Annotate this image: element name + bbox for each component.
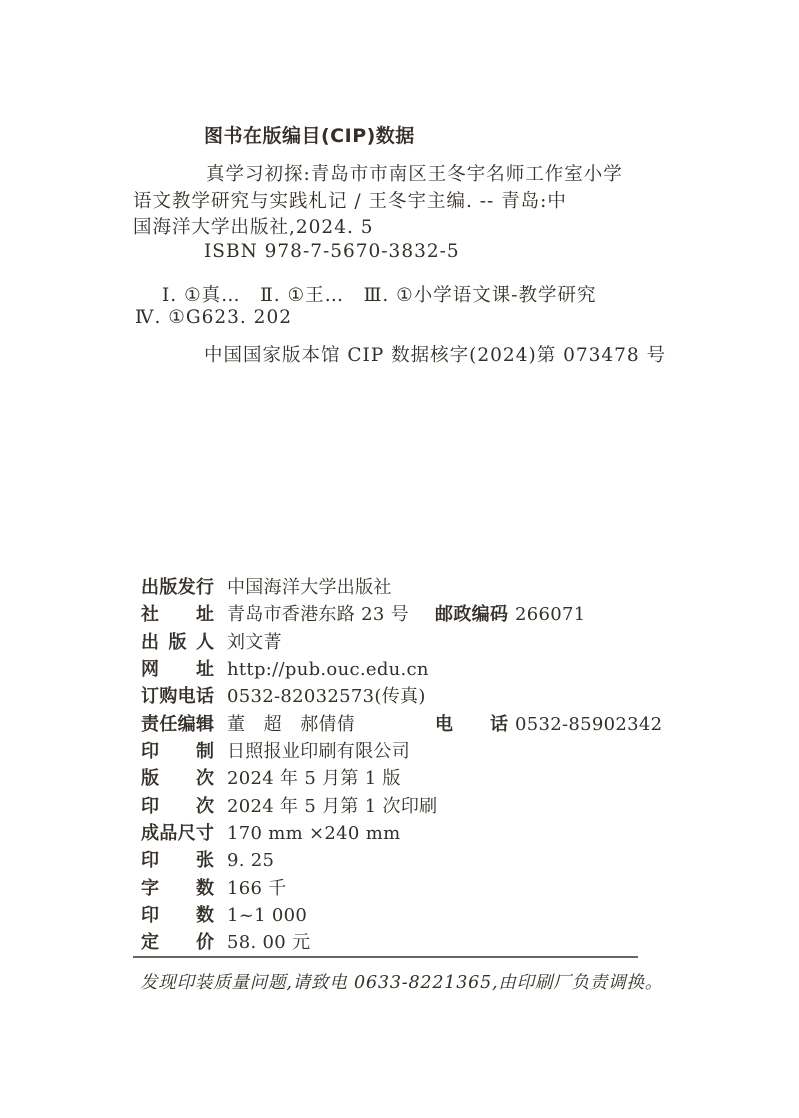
divider-rule <box>133 956 638 958</box>
colophon-row-print-run: 印数1~1 000 <box>141 902 661 929</box>
row-value: 170 mm ×240 mm <box>227 823 400 844</box>
row-label: 定价 <box>141 929 214 956</box>
cip-description-line-2: 语文教学研究与实践札记 / 王冬宇主编. -- 青岛:中 <box>133 187 567 213</box>
row-value: 中国海洋大学出版社 <box>227 577 392 598</box>
phone-value: 0532-85902342 <box>515 711 662 738</box>
row-value: 刘文菁 <box>227 632 282 653</box>
postcode-value: 266071 <box>515 601 586 628</box>
colophon-row-price: 定价58. 00 元 <box>141 929 661 956</box>
colophon-row-address: 社址青岛市香港东路 23 号 邮政编码 266071 <box>141 601 661 628</box>
row-value: 0532-82032573(传真) <box>227 686 426 707</box>
row-value: 9. 25 <box>227 850 274 871</box>
row-value: 董 超 郝倩倩 <box>227 714 355 735</box>
row-label: 印数 <box>141 902 214 929</box>
row-label: 出版发行 <box>141 574 214 601</box>
colophon-row-trim-size: 成品尺寸170 mm ×240 mm <box>141 820 661 847</box>
row-label: 成品尺寸 <box>141 820 214 847</box>
colophon-row-impression: 印次2024 年 5 月第 1 次印刷 <box>141 793 661 820</box>
colophon-row-editors: 责任编辑董 超 郝倩倩 电话 0532-85902342 <box>141 711 661 738</box>
book-copyright-page: 图书在版编目(CIP)数据 真学习初探:青岛市市南区王冬宇名师工作室小学 语文教… <box>0 0 799 1118</box>
row-value: 青岛市香港东路 23 号 <box>227 604 409 625</box>
colophon-row-word-count: 字数166 千 <box>141 875 661 902</box>
print-quality-note: 发现印装质量问题,请致电 0633-8221365,由印刷厂负责调换。 <box>140 969 660 994</box>
row-value: 58. 00 元 <box>227 932 310 953</box>
row-value: 166 千 <box>227 878 287 899</box>
phone-label: 电话 <box>435 711 508 738</box>
colophon-row-website: 网址http://pub.ouc.edu.cn <box>141 656 661 683</box>
cip-title: 图书在版编目(CIP)数据 <box>204 121 415 148</box>
cip-description-line-1: 真学习初探:青岛市市南区王冬宇名师工作室小学 <box>206 160 623 186</box>
row-label: 版次 <box>141 765 214 792</box>
postcode-label: 邮政编码 <box>435 601 508 628</box>
row-label: 印张 <box>141 847 214 874</box>
row-value: 2024 年 5 月第 1 次印刷 <box>227 796 437 817</box>
row-label: 责任编辑 <box>141 711 214 738</box>
colophon-row-order-phone: 订购电话0532-82032573(传真) <box>141 683 661 710</box>
colophon-row-sheets: 印张9. 25 <box>141 847 661 874</box>
cip-description-line-3: 国海洋大学出版社,2024. 5 <box>133 213 374 239</box>
cip-record-line: 中国国家版本馆 CIP 数据核字(2024)第 073478 号 <box>204 341 666 367</box>
cip-classification-line-2: Ⅳ. ①G623. 202 <box>135 307 292 328</box>
row-label: 出版人 <box>141 629 214 656</box>
colophon-row-printer: 印制日照报业印刷有限公司 <box>141 738 661 765</box>
row-label: 社址 <box>141 601 214 628</box>
cip-classification-line-1: Ⅰ. ①真… Ⅱ. ①王… Ⅲ. ①小学语文课-教学研究 <box>162 281 597 307</box>
row-label: 字数 <box>141 875 214 902</box>
website-url: http://pub.ouc.edu.cn <box>227 659 429 680</box>
isbn-line: ISBN 978-7-5670-3832-5 <box>204 241 460 262</box>
row-value: 1~1 000 <box>227 905 307 926</box>
row-label: 印制 <box>141 738 214 765</box>
colophon-row-publisher: 出版发行中国海洋大学出版社 <box>141 574 661 601</box>
colophon-block: 出版发行中国海洋大学出版社 社址青岛市香港东路 23 号 邮政编码 266071… <box>141 574 661 957</box>
row-label: 订购电话 <box>141 683 214 710</box>
colophon-row-publisher-person: 出版人刘文菁 <box>141 629 661 656</box>
row-label: 网址 <box>141 656 214 683</box>
row-value: 日照报业印刷有限公司 <box>227 741 410 762</box>
row-value: 2024 年 5 月第 1 版 <box>227 768 401 789</box>
colophon-row-edition: 版次2024 年 5 月第 1 版 <box>141 765 661 792</box>
row-label: 印次 <box>141 793 214 820</box>
